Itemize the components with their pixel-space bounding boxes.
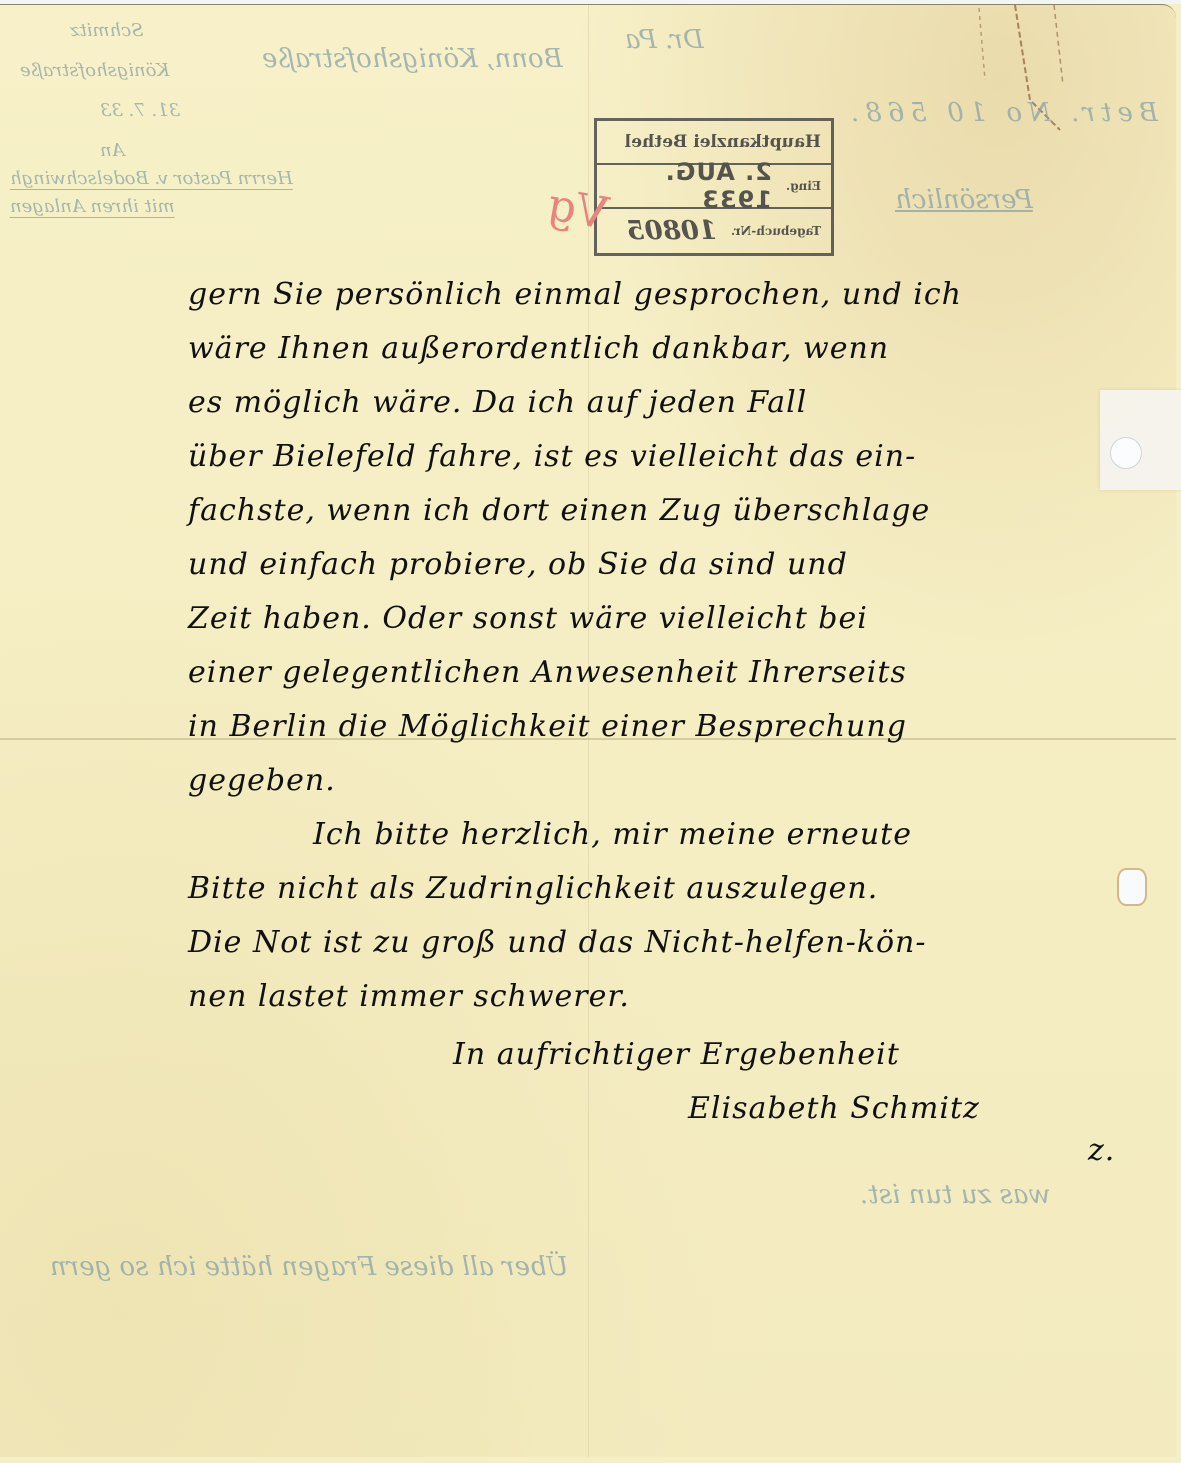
bleed-left-note-3: An [100, 140, 125, 161]
letter-body: gern Sie persönlich einmal gesprochen, u… [188, 268, 1148, 1166]
bleed-left-note-0: Schmitz [70, 20, 144, 41]
bleed-left-note-1: Königshofstraße [20, 60, 169, 81]
letter-line: nen lastet immer schwerer. [188, 970, 1148, 1024]
stamp-received-label: Eing. [786, 179, 821, 193]
signature: Elisabeth Schmitz [188, 1082, 1148, 1136]
letter-line: es möglich wäre. Da ich auf jeden Fall [188, 376, 1148, 430]
bleed-date: 31. 7. 33 [100, 100, 180, 121]
stamp-journal-number: 10805 [626, 216, 716, 246]
letter-line: einer gelegentlichen Anwesenheit Ihrerse… [188, 646, 1148, 700]
letter-line: in Berlin die Möglichkeit einer Besprech… [188, 700, 1148, 754]
letter-line: gern Sie persönlich einmal gesprochen, u… [188, 268, 1148, 322]
bleed-initials: Dr. Pa [625, 25, 704, 55]
bleed-personal: Persönlich [895, 185, 1033, 215]
bleed-place: Bonn, Königshofstraße [262, 44, 563, 74]
closing-formula: In aufrichtiger Ergebenheit [188, 1028, 1148, 1082]
letter-line: und einfach probiere, ob Sie da sind und [188, 538, 1148, 592]
letter-line: Zeit haben. Oder sonst wäre vielleicht b… [188, 592, 1148, 646]
letter-line: wäre Ihnen außerordentlich dankbar, wenn [188, 322, 1148, 376]
bleed-tail-1: Über all diese Fragen hätte ich so gern [50, 1252, 569, 1282]
registry-stamp: Hauptkanzlei Bethel Eing.2. AUG. 1933 Ta… [594, 118, 834, 256]
bleed-left-note-4: Herrn Pastor v. Bodelschwingh [10, 168, 293, 190]
bleed-left-note-5: mit ihren Anlagen [10, 196, 175, 218]
letter-line: Bitte nicht als Zudringlichkeit auszuleg… [188, 862, 1148, 916]
letter-line: gegeben. [188, 754, 1148, 808]
stamp-journal-label: Tagebuch-Nr. [731, 224, 821, 238]
letter-line: Ich bitte herzlich, mir meine erneute [188, 808, 1148, 862]
letter-line: Die Not ist zu groß und das Nicht-helfen… [188, 916, 1148, 970]
stamp-office: Hauptkanzlei Bethel [625, 132, 821, 152]
signature-tail: z. [188, 1136, 1148, 1166]
red-mark: Vg [544, 179, 612, 240]
letter-line: über Bielefeld fahre, ist es vielleicht … [188, 430, 1148, 484]
bleed-ref-number: Betr. No 10 568. [845, 98, 1158, 128]
stamp-received-date: 2. AUG. 1933 [607, 158, 772, 214]
letter-line: fachste, wenn ich dort einen Zug übersch… [188, 484, 1148, 538]
bleed-tail-0: was zu tun ist. [860, 1180, 1051, 1210]
